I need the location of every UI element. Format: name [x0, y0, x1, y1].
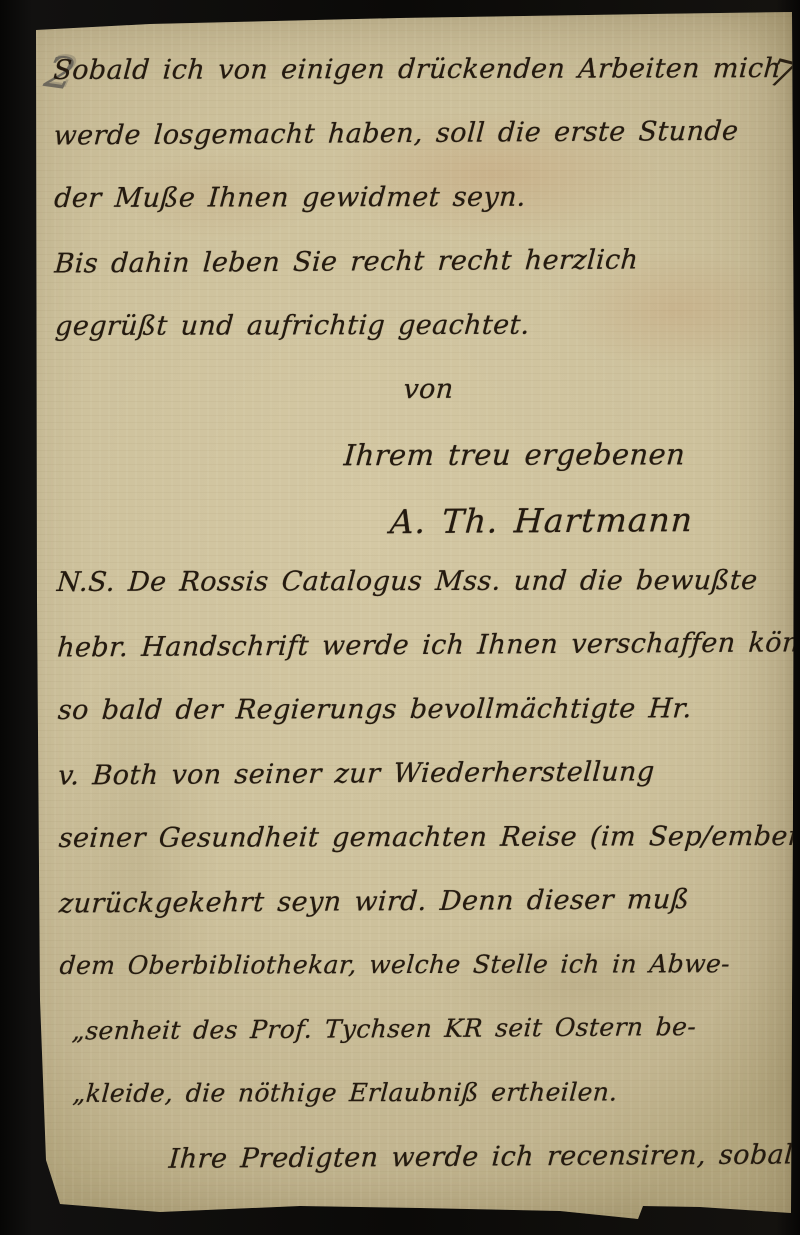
letter-paper: 2 7 Sobald ich von einigen drückenden Ar… — [0, 0, 800, 1235]
handwritten-line: „kleide, die nöthige Erlaubniß ertheilen… — [57, 1077, 785, 1143]
handwritten-line: so bald der Regierungs bevollmächtigte H… — [55, 693, 783, 759]
scan-background: 2 7 Sobald ich von einigen drückenden Ar… — [0, 0, 800, 1235]
handwritten-line: „senheit des Prof. Tychsen KR seit Oster… — [57, 1011, 785, 1080]
handwritten-line: N.S. De Rossis Catalogus Mss. und die be… — [54, 565, 782, 631]
handwritten-line: A. Th. Hartmann — [53, 499, 781, 568]
handwritten-line: Sobald ich von einigen drückenden Arbeit… — [50, 53, 778, 119]
handwritten-line: der Muße Ihnen gewidmet seyn. — [51, 181, 779, 247]
handwritten-line: gegrüßt und aufrichtig geachtet. — [52, 309, 780, 375]
handwritten-line: Bis dahin leben Sie recht recht herzlich — [52, 243, 780, 312]
handwritten-line: werde losgemacht haben, soll die erste S… — [51, 115, 779, 184]
handwritten-line: zurückgekehrt seyn wird. Denn dieser muß — [56, 883, 784, 952]
handwritten-line: Ihrem treu ergebenen — [53, 437, 781, 503]
handwritten-line: Ihre Predigten werde ich recensiren, sob… — [58, 1139, 786, 1208]
handwritten-line: seiner Gesundheit gemachten Reise (im Se… — [56, 821, 784, 887]
handwritten-line: v. Both von seiner zur Wiederherstellung — [55, 755, 783, 824]
handwritten-line: von — [52, 371, 780, 440]
handwritten-letter: Sobald ich von einigen drückenden Arbeit… — [52, 51, 784, 1208]
handwritten-line: hebr. Handschrift werde ich Ihnen versch… — [54, 627, 782, 696]
handwritten-line: dem Oberbibliothekar, welche Stelle ich … — [56, 949, 784, 1015]
